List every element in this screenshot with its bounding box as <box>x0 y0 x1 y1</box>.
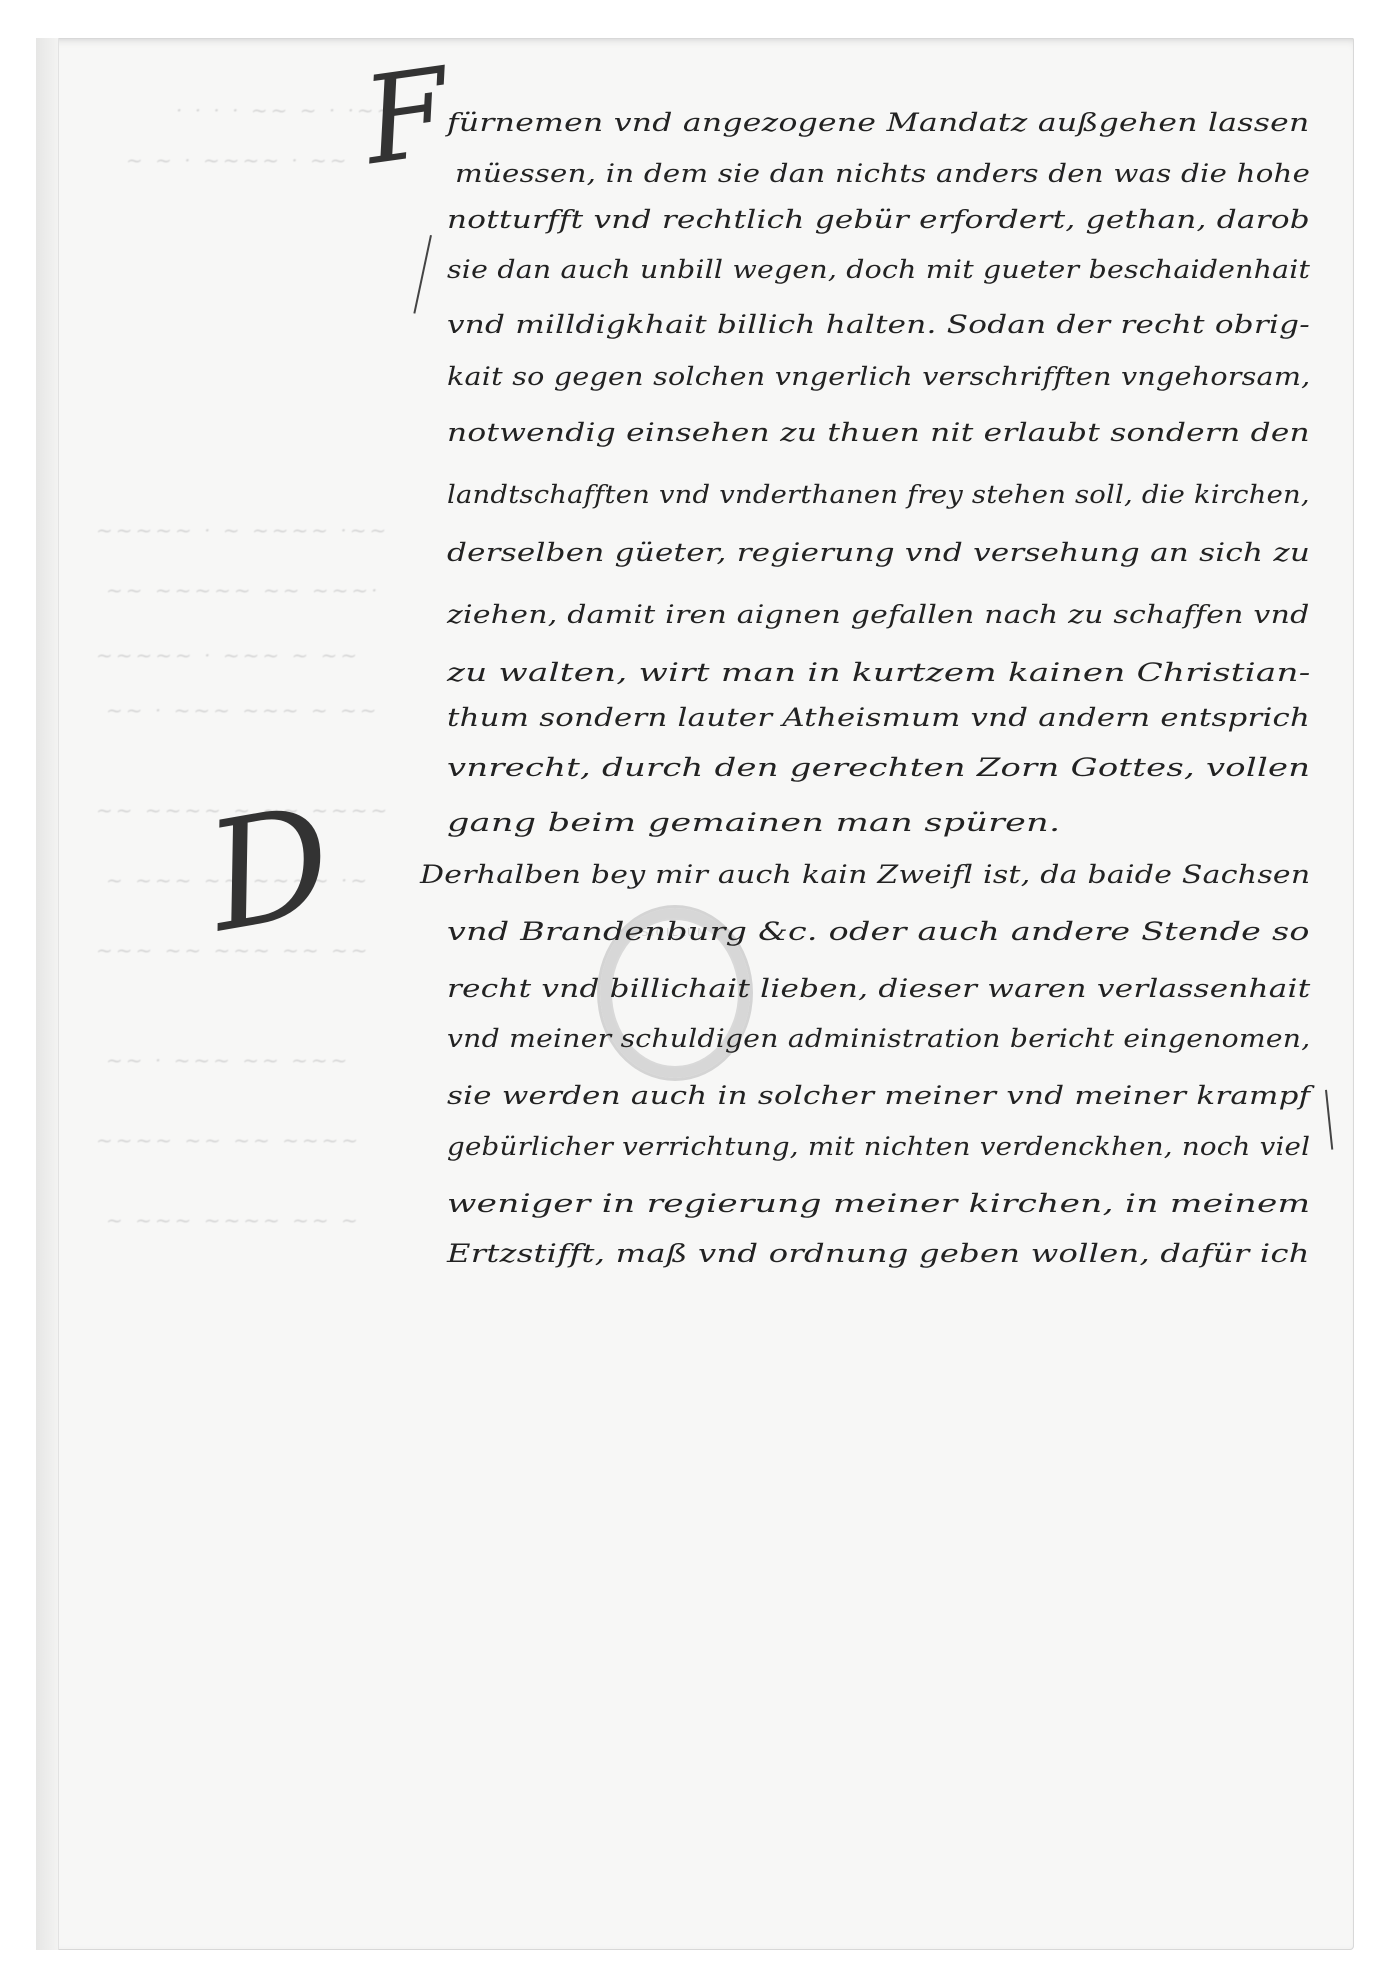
bleed-through-text: ~~~~~ · ~ ~~~~ ·~~ <box>96 518 389 542</box>
manuscript-line: ziehen, damit iren aignen gefallen nach … <box>447 600 1309 629</box>
manuscript-line: gebürlicher verrichtung, mit nichten ver… <box>447 1132 1310 1161</box>
manuscript-line: kait so gegen solchen vngerlich verschri… <box>447 362 1310 391</box>
manuscript-line: fürnemen vnd angezogene Mandatz außgehen… <box>447 108 1309 137</box>
manuscript-line: thum sondern lauter Atheismum vnd andern… <box>447 703 1310 732</box>
manuscript-line: notturfft vnd rechtlich gebür erfordert,… <box>447 205 1310 234</box>
manuscript-line: recht vnd billichait lieben, dieser ware… <box>447 974 1310 1003</box>
manuscript-line: notwendig einsehen zu thuen nit erlaubt … <box>447 418 1310 447</box>
manuscript-line: sie werden auch in solcher meiner vnd me… <box>447 1081 1310 1110</box>
manuscript-line: sie dan auch unbill wegen, doch mit guet… <box>447 255 1310 284</box>
initial-letter-f: F <box>357 53 456 183</box>
bleed-through-text: ~~ ~~~~~ ~~ ~~~· <box>106 578 381 602</box>
manuscript-line: vnrecht, durch den gerechten Zorn Gottes… <box>447 753 1310 782</box>
bleed-through-text: ~~ · ~~~ ~~ ~~~ <box>106 1048 350 1072</box>
manuscript-line: Ertzstifft, maß vnd ordnung geben wollen… <box>447 1239 1310 1268</box>
manuscript-line: weniger in regierung meiner kirchen, in … <box>447 1189 1310 1218</box>
manuscript-line: müessen, in dem sie dan nichts anders de… <box>455 159 1310 188</box>
bleed-through-text: ~ ~ · ~~~~ · ~~ <box>126 148 350 172</box>
bleed-through-text: ~~ · ~~~ ~~~ ~ ~~ <box>106 698 379 722</box>
bleed-through-text: ~~~~ ~~ ~~ ~~~~ <box>96 1128 361 1152</box>
manuscript-line: vnd meiner schuldigen administration ber… <box>447 1024 1310 1053</box>
bleed-through-text: ~~~~~ · ~~~ ~ ~~ <box>96 643 360 667</box>
manuscript-line: derselben güeter, regierung vnd versehun… <box>447 538 1310 567</box>
manuscript-line: vnd milldigkhait billich halten. Sodan d… <box>447 310 1310 339</box>
manuscript-line: landtschafften vnd vnderthanen frey steh… <box>447 480 1310 509</box>
bleed-through-text: ~ ~~~ ~~~~ ~~ ~ <box>106 1208 361 1232</box>
initial-letter-d: D <box>198 786 342 955</box>
manuscript-line: gang beim gemainen man spüren. <box>447 808 1060 837</box>
manuscript-line: Derhalben bey mir auch kain Zweifl ist, … <box>420 860 1310 889</box>
manuscript-line: vnd Brandenburg &c. oder auch andere Ste… <box>447 917 1310 946</box>
manuscript-line: zu walten, wirt man in kurtzem kainen Ch… <box>447 658 1310 687</box>
